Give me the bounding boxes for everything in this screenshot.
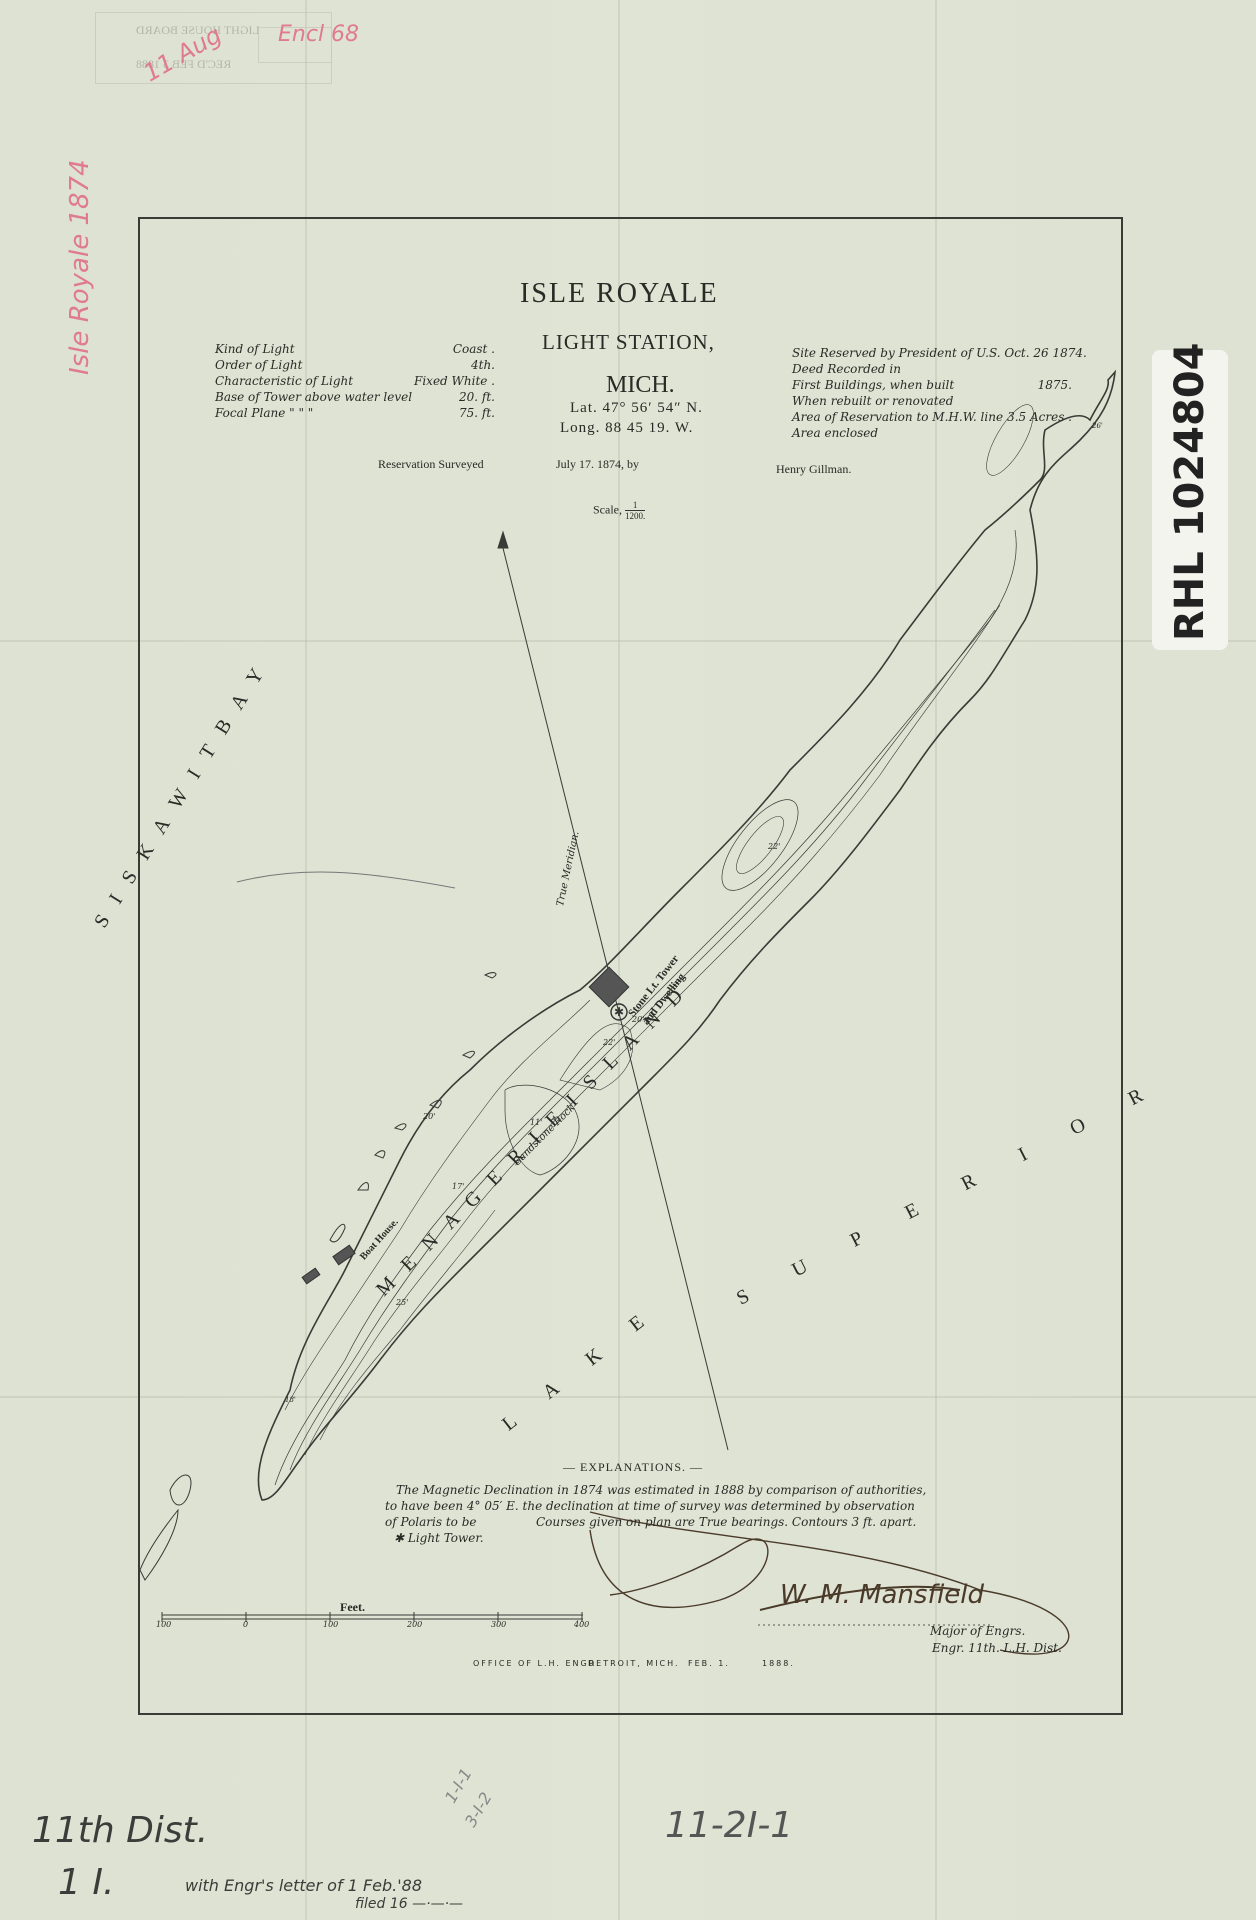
- scale-bar-unit: Feet.: [340, 1600, 365, 1615]
- light-tower-legend: ✱ Light Tower.: [394, 1531, 484, 1545]
- map-title: ISLE ROYALE: [520, 278, 719, 310]
- scale-tick: 100: [156, 1620, 171, 1629]
- site-info-row: Deed Recorded in: [792, 362, 1072, 378]
- row-label: Order of Light: [215, 358, 302, 374]
- row-label: Area enclosed: [792, 426, 878, 442]
- light-info-row: Characteristic of LightFixed White .: [215, 374, 495, 390]
- svg-text:✱: ✱: [614, 1005, 624, 1019]
- sounding: 11': [530, 1118, 542, 1127]
- scale-numerator: 1: [625, 500, 645, 511]
- site-info-row: Site Reserved by President of U.S. Oct. …: [792, 346, 1072, 362]
- site-info-row: When rebuilt or renovated: [792, 394, 1072, 410]
- row-label: Focal Plane " " ": [215, 406, 313, 422]
- scale-word: Scale,: [593, 502, 622, 516]
- light-info-table: Kind of LightCoast . Order of Light4th. …: [215, 342, 495, 422]
- scale-fraction: 1 1200.: [625, 500, 645, 521]
- sounding: 17': [452, 1182, 464, 1191]
- explanations-line-3b: Courses given on plan are True bearings.…: [536, 1515, 916, 1529]
- filed-note: filed 16 —·—·—: [355, 1896, 463, 1912]
- row-label: Characteristic of Light: [215, 374, 353, 390]
- row-value: 4th.: [471, 358, 495, 374]
- explanations-heading: — EXPLANATIONS. —: [563, 1460, 703, 1475]
- row-label: Base of Tower above water level: [215, 390, 412, 406]
- light-info-row: Kind of LightCoast .: [215, 342, 495, 358]
- scale-denominator: 1200.: [625, 511, 645, 521]
- office-year: 1888.: [762, 1659, 795, 1668]
- sounding: 26': [1092, 422, 1103, 430]
- light-tower-icon: ✱: [611, 1004, 627, 1020]
- row-label: Deed Recorded in: [792, 362, 901, 378]
- signature-title-1: Major of Engrs.: [930, 1624, 1025, 1638]
- signature-title-2: Engr. 11th. L.H. Dist.: [932, 1641, 1062, 1655]
- row-value: 75. ft.: [459, 406, 495, 422]
- map-state: MICH.: [606, 372, 675, 399]
- explanations-line-2: to have been 4° 05′ E. the declination a…: [385, 1499, 915, 1513]
- light-info-row: Order of Light4th.: [215, 358, 495, 374]
- row-label: Kind of Light: [215, 342, 295, 358]
- light-info-row: Focal Plane " " "75. ft.: [215, 406, 495, 422]
- office-city: DETROIT, MICH.: [588, 1659, 680, 1668]
- sounding: 22': [768, 842, 780, 851]
- letter-note: with Engr's letter of 1 Feb.'88: [185, 1876, 422, 1895]
- sheet-number: 1 I.: [58, 1862, 114, 1903]
- scale-tick: 0: [243, 1620, 248, 1629]
- scale-tick: 300: [491, 1620, 506, 1629]
- office-name: OFFICE OF L.H. ENGR.: [473, 1659, 601, 1668]
- island-outline: [258, 372, 1115, 1500]
- light-info-row: Base of Tower above water level20. ft.: [215, 390, 495, 406]
- row-value: Coast .: [453, 342, 495, 358]
- sounding: 22': [603, 1038, 615, 1047]
- dwelling-block: [589, 967, 629, 1007]
- site-info-table: Site Reserved by President of U.S. Oct. …: [792, 346, 1072, 442]
- district-note: 11th Dist.: [32, 1810, 208, 1851]
- scale-label: Scale, 1 1200.: [593, 500, 645, 521]
- row-label: When rebuilt or renovated: [792, 394, 953, 410]
- row-label: Site Reserved by President of U.S. Oct. …: [792, 346, 1087, 362]
- survey-date: July 17. 1874, by: [556, 457, 639, 472]
- surveyor-name: Henry Gillman.: [776, 462, 851, 477]
- explanations-line-1: The Magnetic Declination in 1874 was est…: [396, 1483, 926, 1497]
- scale-tick: 200: [407, 1620, 422, 1629]
- row-value: Fixed White .: [414, 374, 495, 390]
- survey-label: Reservation Surveyed: [378, 457, 484, 472]
- longitude: Long. 88 45 19. W.: [560, 420, 693, 437]
- sounding: 20': [423, 1112, 435, 1121]
- row-label: First Buildings, when built: [792, 378, 954, 394]
- sounding: 20': [632, 1015, 644, 1024]
- map-subtitle: LIGHT STATION,: [542, 330, 715, 355]
- signature: W. M. Mansfield: [780, 1580, 984, 1610]
- scale-tick: 100: [323, 1620, 338, 1629]
- site-info-row: First Buildings, when built1875.: [792, 378, 1072, 394]
- row-label: Area of Reservation to M.H.W. line: [792, 410, 1003, 426]
- row-value: 3.5 Acres .: [1007, 410, 1072, 426]
- row-value: 20. ft.: [459, 390, 495, 406]
- office-date: FEB. 1.: [688, 1659, 730, 1668]
- row-value: 1875.: [1038, 378, 1072, 394]
- site-info-row: Area enclosed: [792, 426, 1072, 442]
- sounding: 18': [285, 1396, 296, 1404]
- catalog-pencil-note: 11-2I-1: [665, 1805, 793, 1846]
- scale-tick: 400: [574, 1620, 589, 1629]
- sounding: 25': [396, 1298, 408, 1307]
- explanations-line-3a: of Polaris to be: [385, 1515, 476, 1529]
- site-info-row: Area of Reservation to M.H.W. line3.5 Ac…: [792, 410, 1072, 426]
- latitude: Lat. 47° 56′ 54″ N.: [570, 400, 703, 417]
